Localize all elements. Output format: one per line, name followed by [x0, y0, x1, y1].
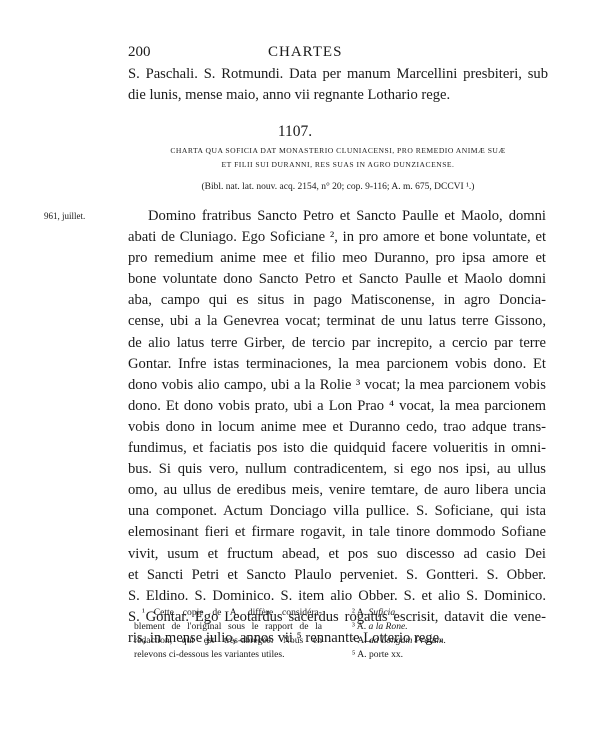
footnote-marker: ³ [352, 621, 355, 632]
text-line: S. Eldino. S. Dominico. S. item alio Obb… [128, 586, 546, 607]
siglum: A. [357, 607, 366, 618]
text-line: cense, ubi a la Genevrea vocat; terminat… [128, 311, 546, 332]
charter-body: Domino fratribus Sancto Petro et Sancto … [128, 206, 546, 649]
source-references: (Bibl. nat. lat. nouv. acq. 2154, n° 20;… [128, 182, 548, 192]
footnote-1: ¹ Cette copie de A. diffère considéra- b… [134, 606, 322, 662]
footnote-line: blement de l'original sous le rapport de… [134, 620, 322, 634]
siglum: A. [357, 621, 366, 632]
variant-reading: porte xx. [369, 649, 403, 660]
text-line: omo, au ullus de eredibus meis, venire t… [128, 480, 546, 501]
text-line: dono vobis alio campo, ubi a la Rolie ³ … [128, 375, 546, 396]
variant-note: ³ A. a la Rone. [352, 620, 446, 634]
footnote-marker: ² [352, 607, 355, 618]
variant-footnotes: ² A. Suficia. ³ A. a la Rone. ⁴ A. ad Lo… [352, 606, 446, 662]
text-line: die lunis, mense maio, anno vii regnante… [128, 85, 548, 106]
page-number: 200 [128, 44, 151, 61]
text-line: bus. Si quis vero, nullum contradicentem… [128, 459, 546, 480]
variant-note: ² A. Suficia. [352, 606, 446, 620]
text-line: elemosinant fieri et firmare rogavit, in… [128, 522, 546, 543]
footnote-line: rédaction, qui est très-abrégée. Nous en [134, 634, 322, 648]
charter-rubric: CHARTA QUA SOFICIA DAT MONASTERIO CLUNIA… [128, 144, 548, 172]
text-line: fundimus, et faciatis pos isto die quidq… [128, 438, 546, 459]
running-head: CHARTES [268, 44, 342, 61]
text-line: pro remedium anime mee et filio meo Dura… [128, 248, 546, 269]
rubric-line: ET FILII SUI DURANNI, RES SUAS IN AGRO D… [128, 158, 548, 172]
text-line: Gontar. Infre istas terminaciones, la me… [128, 354, 546, 375]
text-line: vobis dono in locum anime mee et Duranno… [128, 417, 546, 438]
footnote-line: relevons ci-dessous les variantes utiles… [134, 648, 322, 662]
footnote-marker: ⁴ [352, 635, 355, 646]
text-line: de alio latus terre Girber, de tercio pa… [128, 333, 546, 354]
text-line: vivit, usum et fructum abead, et pos suo… [128, 544, 546, 565]
footnote-line: ¹ Cette copie de A. diffère considéra- [134, 606, 322, 620]
text-line: S. Paschali. S. Rotmundi. Data per manum… [128, 64, 548, 85]
variant-reading: ad Longam Pratum. [369, 635, 446, 646]
text-line: Domino fratribus Sancto Petro et Sancto … [128, 206, 546, 227]
margin-date: 961, juillet. [44, 211, 85, 221]
variant-note: ⁵ A. porte xx. [352, 648, 446, 662]
text-line: abati de Cluniago. Ego Soficiane ², in p… [128, 227, 546, 248]
charter-number: 1107. [0, 123, 590, 141]
text-line: bone voluntate dono Sancto Petro et Sanc… [128, 269, 546, 290]
siglum: A. [357, 635, 366, 646]
text-line: una componet. Actum Donciago villa pulli… [128, 501, 546, 522]
carryover-text: S. Paschali. S. Rotmundi. Data per manum… [128, 64, 548, 106]
text-line: et Sancti Petri et Sancto Plaulo perveni… [128, 565, 546, 586]
rubric-line: CHARTA QUA SOFICIA DAT MONASTERIO CLUNIA… [128, 144, 548, 158]
variant-note: ⁴ A. ad Longam Pratum. [352, 634, 446, 648]
footnote-marker: ⁵ [352, 649, 355, 660]
siglum: A. [357, 649, 366, 660]
variant-reading: Suficia. [369, 607, 398, 618]
variant-reading: a la Rone. [369, 621, 408, 632]
text-line: dono. Et dono vobis prato, ubi a Lon Pra… [128, 396, 546, 417]
text-line: aba, campo qui es situs in pago Matiscon… [128, 290, 546, 311]
